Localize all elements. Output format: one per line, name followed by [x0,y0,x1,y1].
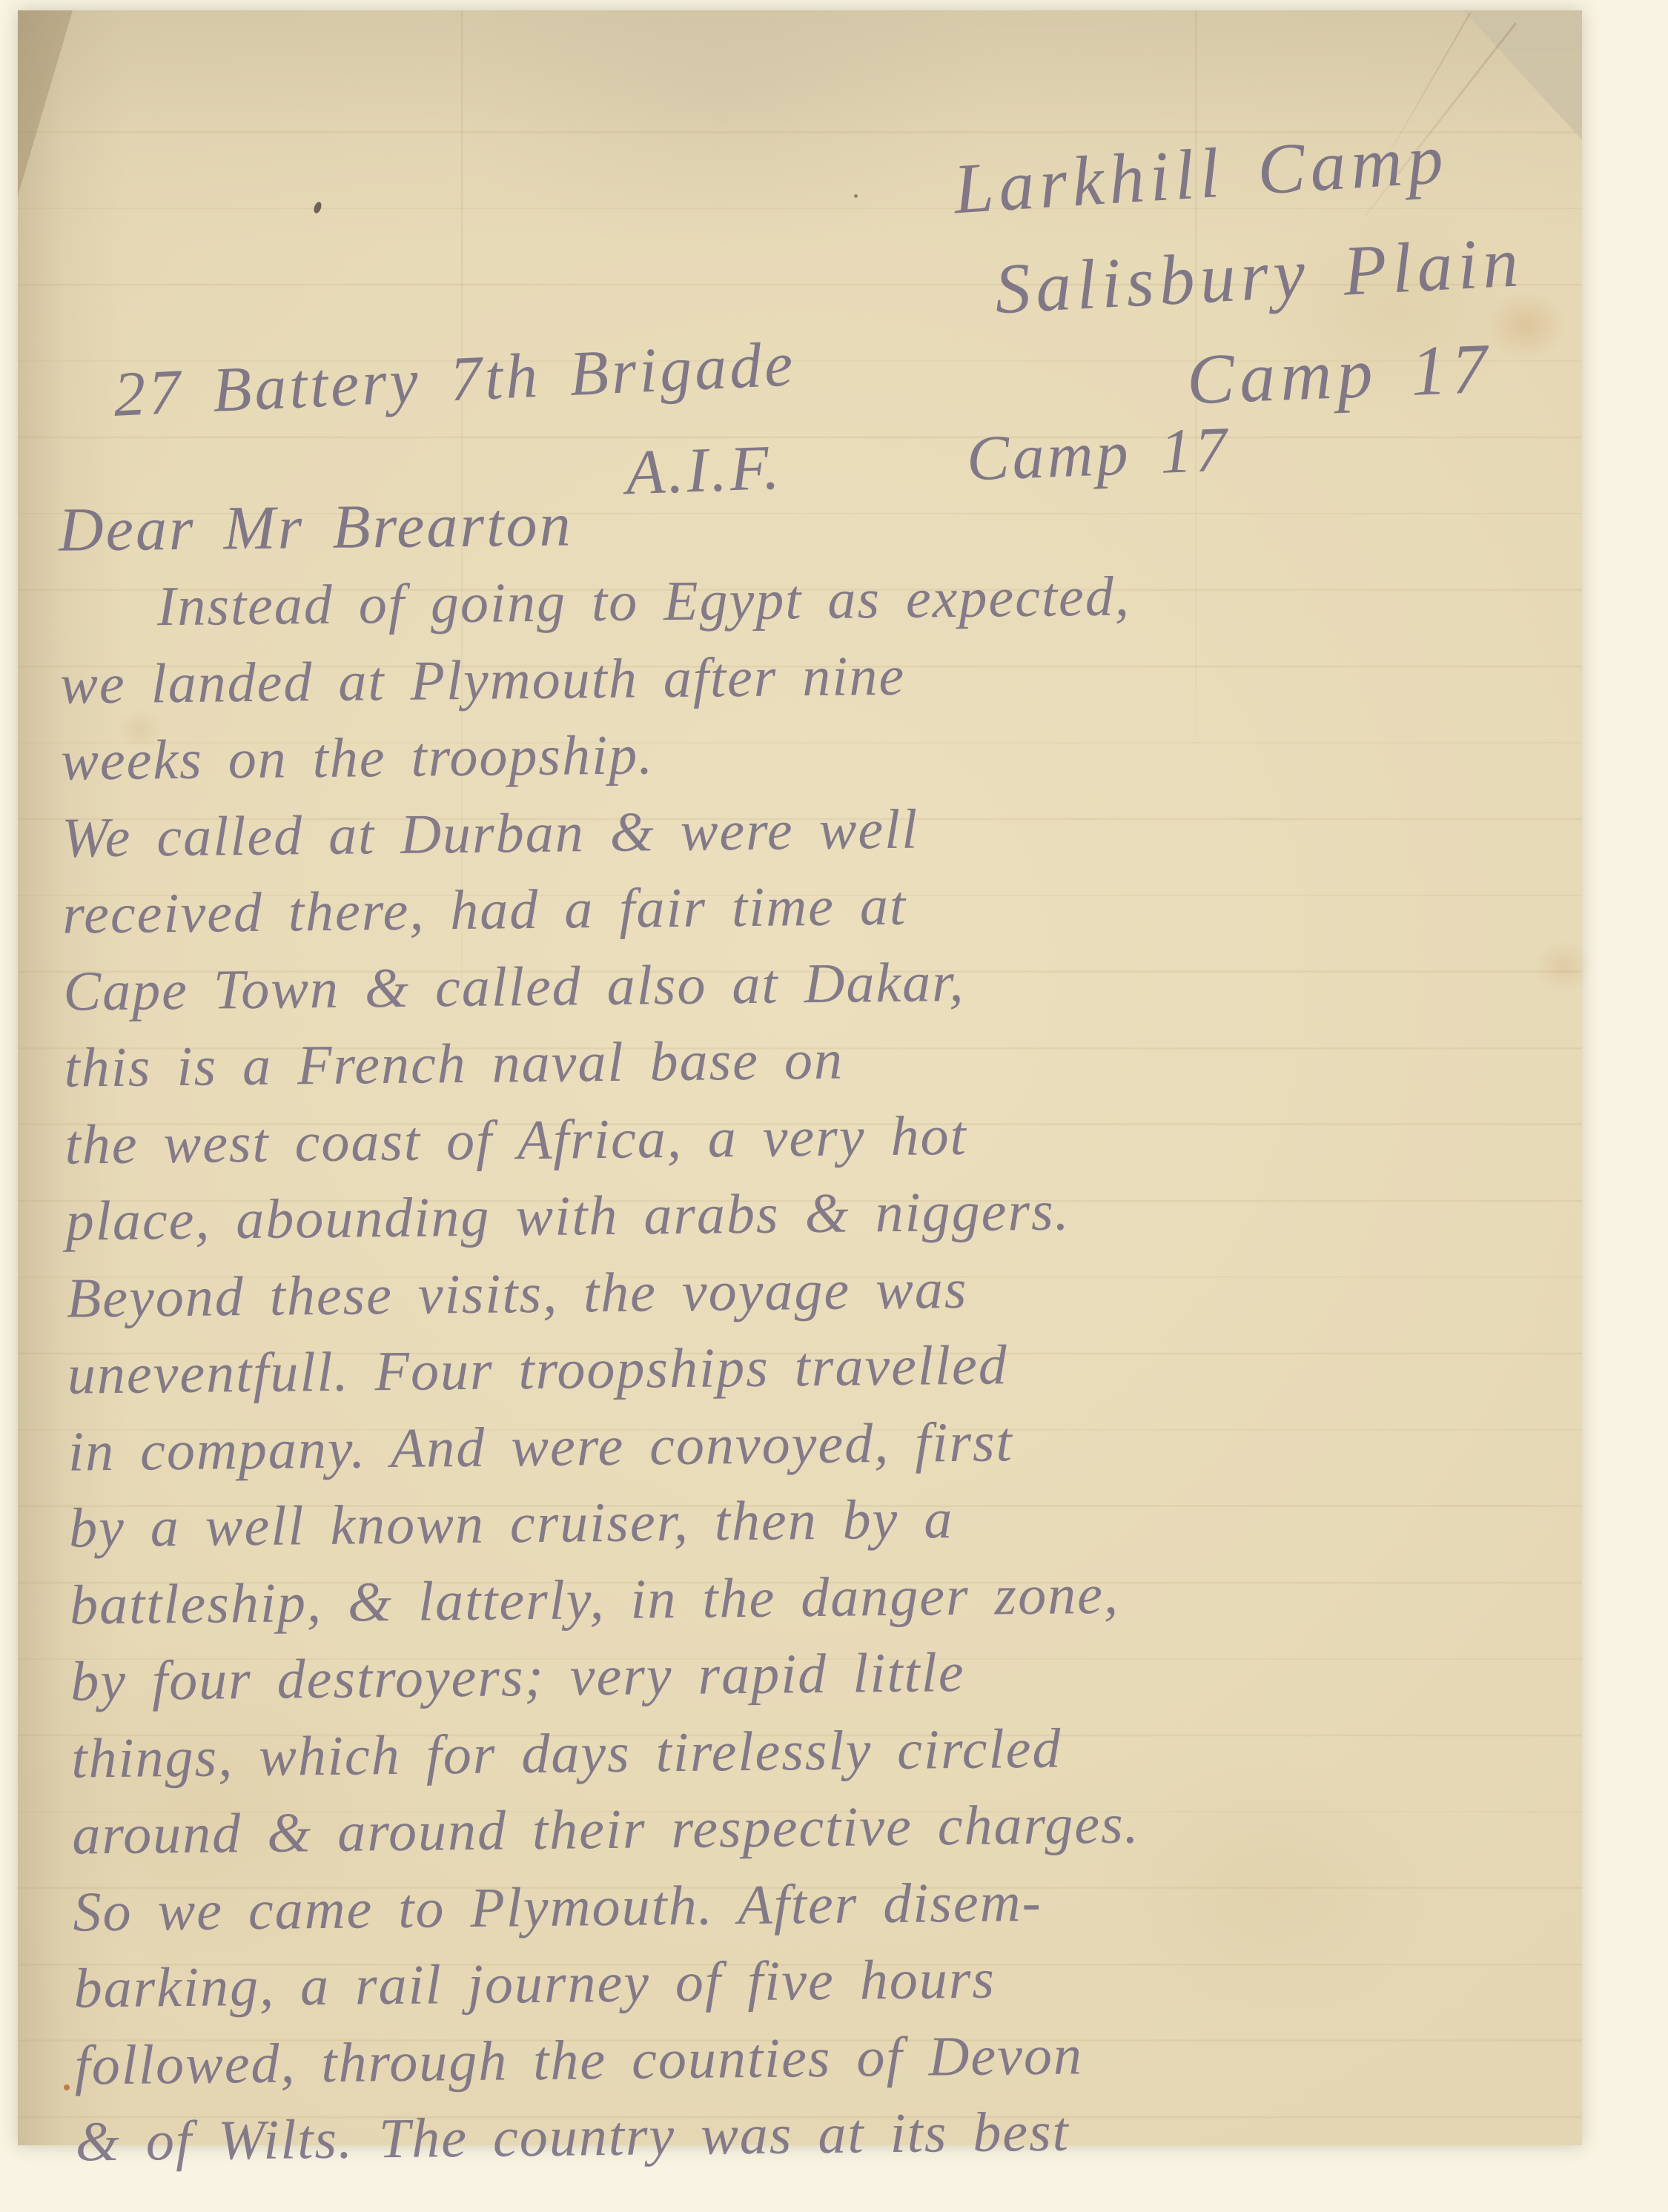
header-unit-line: 27 Battery 7th Brigade [112,326,797,431]
header-camp-number-left: Camp 17 [965,412,1231,496]
letter-body: Instead of going to Egypt as expected, w… [59,560,1618,2187]
salutation: Dear Mr Brearton [58,489,572,566]
handwriting-layer: Larkhill Camp Salisbury Plain Camp 17 27… [12,0,1598,2146]
header-force-abbreviation: A.I.F. [624,430,784,510]
body-line: & of Wilts. The country was at its best [75,2094,1618,2187]
scanner-background: Larkhill Camp Salisbury Plain Camp 17 27… [0,0,1668,2212]
letter-paper: Larkhill Camp Salisbury Plain Camp 17 27… [18,10,1582,2145]
header-camp-number: Camp 17 [1185,327,1494,421]
scanned-letter-page: { "document": { "kind": "handwritten let… [0,0,1668,2212]
header-camp-name: Larkhill Camp [951,117,1450,231]
header-camp-location: Salisbury Plain [993,220,1525,330]
